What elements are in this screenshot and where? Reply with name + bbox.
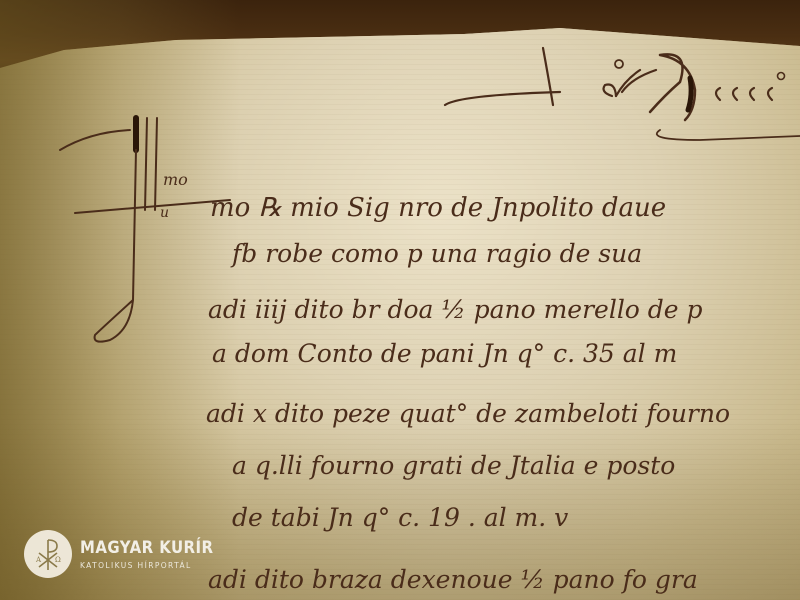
manuscript-line-5: adi x dito peze quat° de zambeloti fourn… [206,399,730,428]
manuscript-line-7: de tabi Jn q° c. 19 . al m. v [232,503,568,532]
manuscript-line-4: a dom Conto de pani Jn q° c. 35 al m [212,339,677,368]
watermark-title: MAGYAR KURÍR [80,538,213,558]
svg-text:Ω: Ω [55,556,61,564]
magyar-kurir-watermark: A Ω MAGYAR KURÍR KATOLIKUS HÍRPORTÁL [24,530,232,578]
manuscript-line-6: a q.lli fourno grati de Jtalia e posto [232,451,675,480]
watermark-text: MAGYAR KURÍR KATOLIKUS HÍRPORTÁL [80,538,232,570]
manuscript-lines-ink: mo ℞ mio Sig nro de Jnpolito daue fb rob… [0,0,800,600]
manuscript-line-8: adi dito braza dexenoue ½ pano fo gra [208,565,698,594]
photo-scene: mo u mo ℞ mio Sig nro de Jnpolito daue f… [0,0,800,600]
svg-text:A: A [35,556,42,564]
chi-rho-icon: A Ω [24,530,72,578]
manuscript-line-1: mo ℞ mio Sig nro de Jnpolito daue [210,193,666,223]
manuscript-line-2: fb robe como p una ragio de sua [230,239,642,268]
manuscript-line-3: adi iiij dito br doa ½ pano merello de p [208,295,703,324]
watermark-subtitle: KATOLIKUS HÍRPORTÁL [80,561,232,570]
